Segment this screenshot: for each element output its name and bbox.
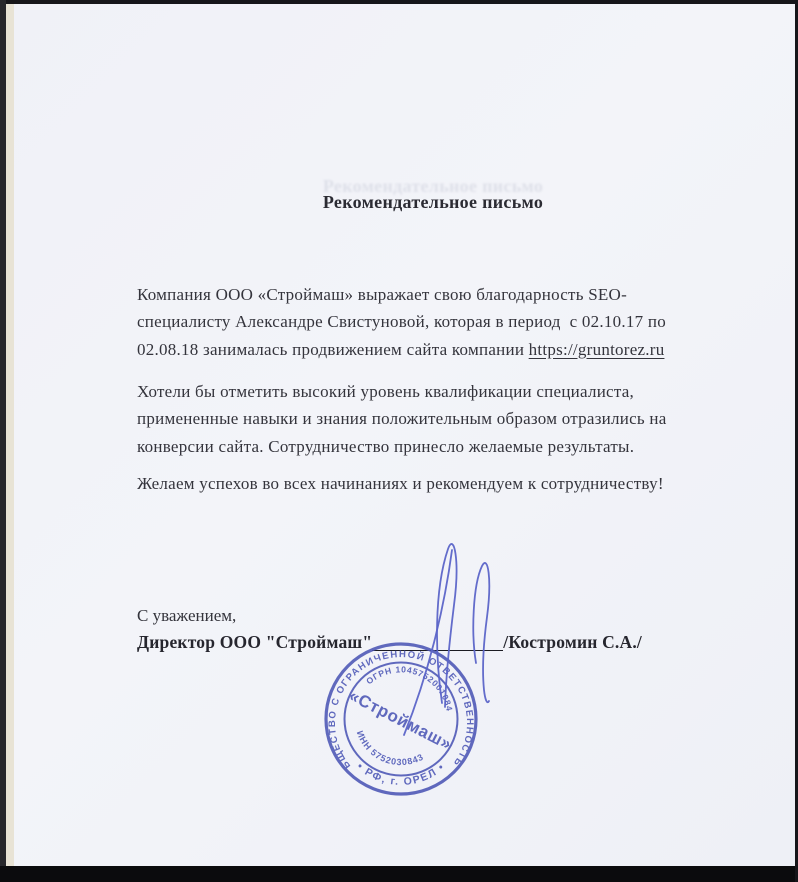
company-site-url: https://gruntorez.ru	[529, 340, 665, 359]
director-signature-ink	[390, 535, 520, 745]
scan-border-bottom	[0, 866, 798, 882]
scan-border-top	[0, 0, 798, 4]
p2-line3: конверсии сайта. Сотрудничество принесло…	[137, 433, 717, 460]
scan-paper-edge-strip	[6, 2, 14, 866]
signature-stroke-loop1	[437, 544, 456, 707]
p1-line3: 02.08.18 занималась продвижением сайта к…	[137, 336, 717, 363]
signature-name: /Костромин С.А./	[503, 629, 642, 656]
letter-title: Рекомендательное письмо	[137, 192, 729, 213]
paragraph-recommendation: Желаем успехов во всех начинаниях и реко…	[137, 470, 717, 497]
p3-line1: Желаем успехов во всех начинаниях и реко…	[137, 470, 717, 497]
paragraph-qualification: Хотели бы отметить высокий уровень квали…	[137, 378, 717, 460]
paragraph-gratitude: Компания ООО «Строймаш» выражает свою бл…	[137, 281, 717, 363]
p2-line1: Хотели бы отметить высокий уровень квали…	[137, 378, 717, 405]
p2-line2: примененные навыки и знания положительны…	[137, 405, 717, 432]
p1-line3-text: 02.08.18 занималась продвижением сайта к…	[137, 340, 529, 359]
scan-border-left	[0, 0, 6, 882]
p1-line1: Компания ООО «Строймаш» выражает свою бл…	[137, 281, 717, 308]
signature-stroke-loop2	[473, 563, 489, 702]
p1-line2: специалисту Александре Свистуновой, кото…	[137, 308, 717, 335]
